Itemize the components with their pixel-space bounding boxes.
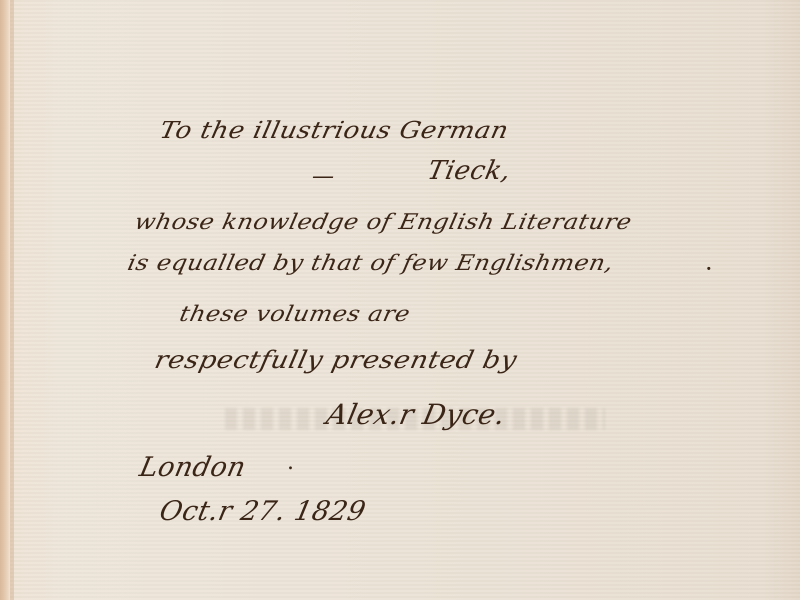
inscription-dash: — bbox=[312, 164, 335, 189]
inscription-date: Oct.r 27. 1829 bbox=[157, 496, 369, 527]
page-edge bbox=[0, 0, 10, 600]
inscription-line-recipient: Tieck, bbox=[425, 156, 514, 186]
inscription-line-dedication: To the illustrious German bbox=[157, 118, 511, 145]
inscription-place: London bbox=[137, 452, 249, 483]
gutter-shadow bbox=[10, 0, 14, 600]
inscription-line-equalled: is equalled by that of few Englishmen, bbox=[125, 250, 616, 275]
inscription-line-knowledge: whose knowledge of English Literature bbox=[132, 209, 634, 234]
book-page: To the illustrious German — Tieck, whose… bbox=[0, 0, 800, 600]
ink-dot: · bbox=[705, 255, 713, 283]
place-dot: . bbox=[287, 450, 295, 475]
inscription-line-presented: respectfully presented by bbox=[152, 347, 520, 375]
signature: Alex.r Dyce. bbox=[323, 398, 508, 431]
inscription-line-volumes: these volumes are bbox=[177, 301, 412, 326]
